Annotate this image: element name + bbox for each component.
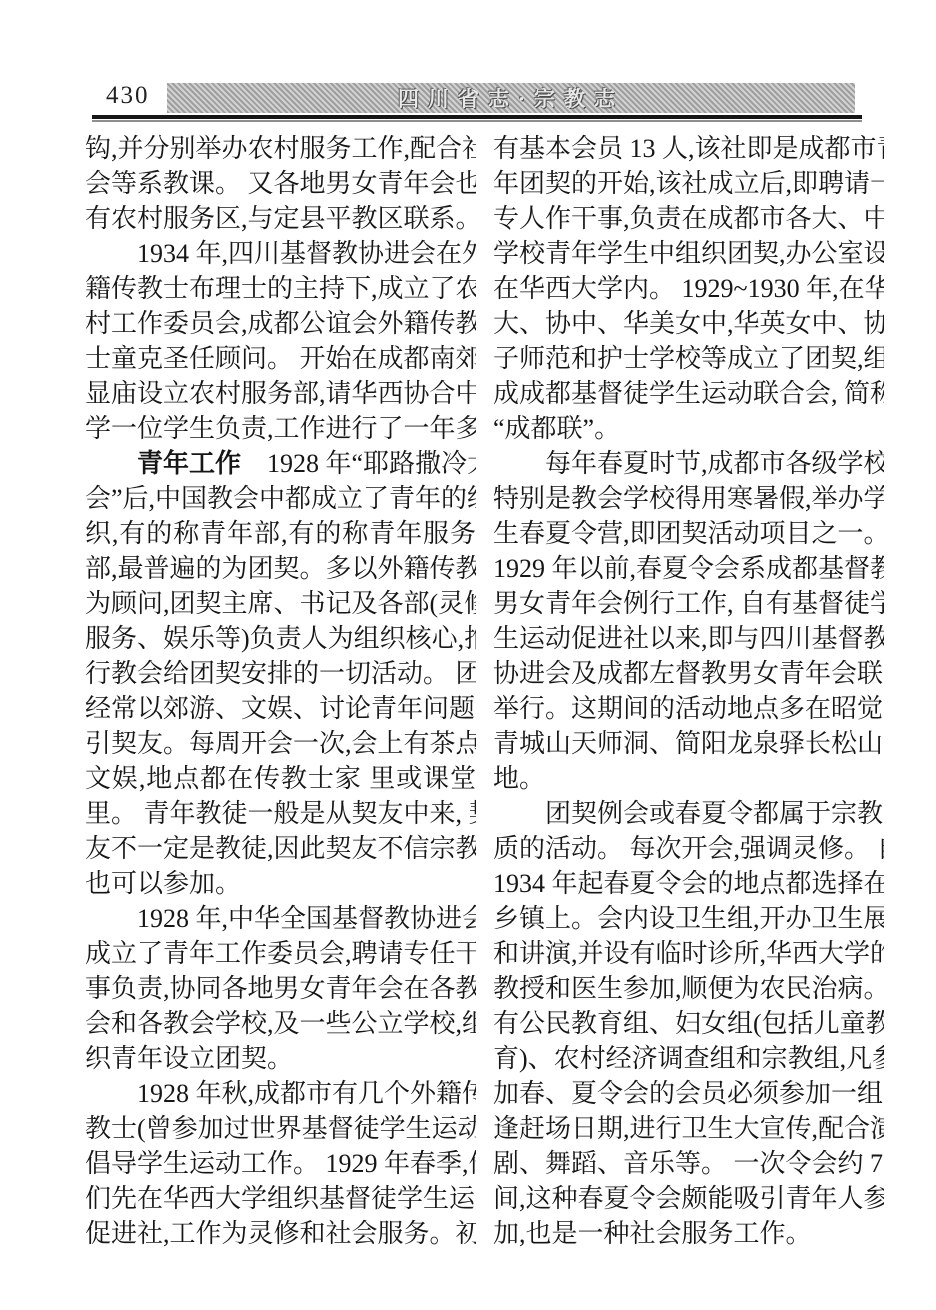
- text-line: 生运动促进社以来,即与四川基督教: [493, 621, 884, 656]
- text-line: 青城山天师洞、简阳龙泉驿长松山等: [493, 726, 884, 761]
- text-line: 织,有的称青年部,有的称青年服务: [85, 516, 476, 551]
- text-line: 有公民教育组、妇女组(包括儿童教: [493, 1006, 884, 1041]
- text-line: 村工作委员会,成都公谊会外籍传教: [85, 306, 476, 341]
- running-head-band: 四川省志·宗教志: [167, 83, 855, 113]
- header-rule-thick: [92, 115, 862, 119]
- text-line: 士童克圣任顾问。 开始在成都南郊五: [85, 341, 476, 376]
- text-line: 倡导学生运动工作。 1929 年春季,他: [85, 1146, 476, 1181]
- text-line: 有基本会员 13 人,该社即是成都市青: [493, 131, 884, 166]
- text-line: 会和各教会学校,及一些公立学校,组: [85, 1006, 476, 1041]
- text-line: 成立了青年工作委员会,聘请专任干: [85, 936, 476, 971]
- text-line: 学校青年学生中组织团契,办公室设: [493, 236, 884, 271]
- text-line: 子师范和护士学校等成立了团契,组: [493, 341, 884, 376]
- text-line: 加春、夏令会的会员必须参加一组。每: [493, 1076, 884, 1111]
- text-line: 钩,并分别举办农村服务工作,配合社: [85, 131, 476, 166]
- text-line: 也可以参加。: [85, 866, 476, 901]
- text-line: 生春夏令营,即团契活动项目之一。在: [493, 516, 884, 551]
- text-line: “成都联”。: [493, 411, 884, 446]
- column-right: 有基本会员 13 人,该社即是成都市青年团契的开始,该社成立后,即聘请一专人作干…: [493, 131, 884, 1251]
- text-line: 成成都基督徒学生运动联合会, 简称: [493, 376, 884, 411]
- text-columns: 钩,并分别举办农村服务工作,配合社会等系教课。 又各地男女青年会也设有农村服务区…: [85, 131, 885, 1251]
- text-line: 文娱,地点都在传教士家 里或课堂: [85, 761, 476, 796]
- text-line: 服务、娱乐等)负责人为组织核心,推: [85, 621, 476, 656]
- text-line: 为顾问,团契主席、书记及各部(灵修、: [85, 586, 476, 621]
- text-line: 举行。这期间的活动地点多在昭觉寺、: [493, 691, 884, 726]
- text-line: 逢赶场日期,进行卫生大宣传,配合演: [493, 1111, 884, 1146]
- text-line: 男女青年会例行工作, 自有基督徒学: [493, 586, 884, 621]
- running-head-title: 四川省志·宗教志: [398, 83, 624, 113]
- column-left: 钩,并分别举办农村服务工作,配合社会等系教课。 又各地男女青年会也设有农村服务区…: [85, 131, 476, 1251]
- text-line: 里。 青年教徒一般是从契友中来, 契: [85, 796, 476, 831]
- text-line: 部,最普遍的为团契。多以外籍传教士: [85, 551, 476, 586]
- text-line: 友不一定是教徒,因此契友不信宗教: [85, 831, 476, 866]
- text-line: 学一位学生负责,工作进行了一年多。: [85, 411, 476, 446]
- text-line: 1928 年秋,成都市有几个外籍传: [85, 1076, 476, 1111]
- scanned-book-page: 430 四川省志·宗教志 钩,并分别举办农村服务工作,配合社会等系教课。 又各地…: [0, 0, 936, 1310]
- text-line: 年团契的开始,该社成立后,即聘请一: [493, 166, 884, 201]
- text-line: 育)、农村经济调查组和宗教组,凡参: [493, 1041, 884, 1076]
- text-line: 教授和医生参加,顺便为农民治病。又: [493, 971, 884, 1006]
- text-line: 加,也是一种社会服务工作。: [493, 1216, 884, 1251]
- text-line: 会等系教课。 又各地男女青年会也设: [85, 166, 476, 201]
- text-line: 事负责,协同各地男女青年会在各教: [85, 971, 476, 1006]
- text-line: 教士(曾参加过世界基督徒学生运动): [85, 1111, 476, 1146]
- text-line: 经常以郊游、文娱、讨论青年问题来吸: [85, 691, 476, 726]
- run-in-heading: 青年工作: [137, 449, 241, 478]
- text-line: 间,这种春夏令会颇能吸引青年人参: [493, 1181, 884, 1216]
- text-line: 每年春夏时节,成都市各级学校: [493, 446, 884, 481]
- text-line: 特别是教会学校得用寒暑假,举办学: [493, 481, 884, 516]
- text-line: 大、协中、华美女中,华英女中、协合女: [493, 306, 884, 341]
- text-line: 质的活动。 每次开会,强调灵修。 自: [493, 831, 884, 866]
- text-line: 促进社,工作为灵修和社会服务。初期: [85, 1216, 476, 1251]
- text-line: 1929 年以前,春夏令会系成都基督教: [493, 551, 884, 586]
- header-rule-thin: [92, 120, 862, 122]
- text-line: 织青年设立团契。: [85, 1041, 476, 1076]
- text-line: 籍传教士布理士的主持下,成立了农: [85, 271, 476, 306]
- text-line: 剧、舞蹈、音乐等。 一次令会约 7 天时: [493, 1146, 884, 1181]
- text-line: 地。: [493, 761, 884, 796]
- text-line: 专人作干事,负责在成都市各大、中专: [493, 201, 884, 236]
- text-line: 乡镇上。会内设卫生组,开办卫生展览: [493, 901, 884, 936]
- text-line: 1934 年起春夏令会的地点都选择在: [493, 866, 884, 901]
- text-line: 团契例会或春夏令都属于宗教性: [493, 796, 884, 831]
- text-line: 显庙设立农村服务部,请华西协合中: [85, 376, 476, 411]
- text-line: 青年工作 1928 年“耶路撒冷大: [85, 446, 476, 481]
- text-line: 协进会及成都左督教男女青年会联合: [493, 656, 884, 691]
- text-line: 在华西大学内。 1929~1930 年,在华: [493, 271, 884, 306]
- text-line: 会”后,中国教会中都成立了青年的组: [85, 481, 476, 516]
- text-line: 引契友。每周开会一次,会上有茶点和: [85, 726, 476, 761]
- text-line: 行教会给团契安排的一切活动。 团契: [85, 656, 476, 691]
- text-line: 有农村服务区,与定县平教区联系。: [85, 201, 476, 236]
- text-line: 1934 年,四川基督教协进会在外: [85, 236, 476, 271]
- page-number: 430: [106, 82, 150, 110]
- text-line: 1928 年,中华全国基督教协进会: [85, 901, 476, 936]
- text-line: 们先在华西大学组织基督徒学生运动: [85, 1181, 476, 1216]
- text-line: 和讲演,并设有临时诊所,华西大学的: [493, 936, 884, 971]
